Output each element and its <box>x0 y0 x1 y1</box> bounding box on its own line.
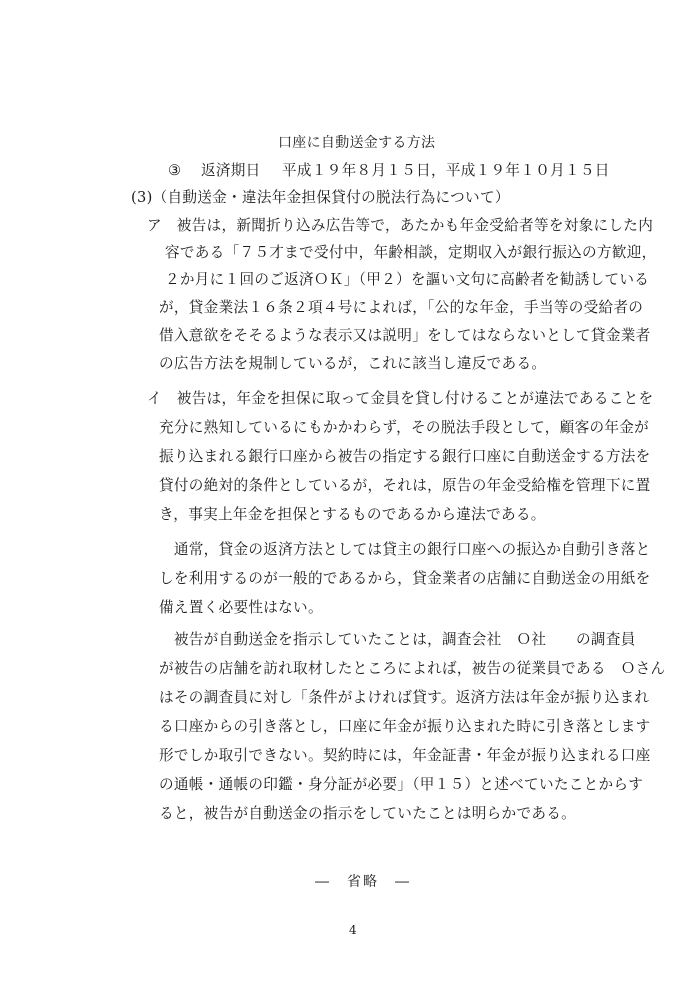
paragraph-evidence-line: る口座からの引き落とし，口座に年金が振り込まれた時に引き落とします <box>159 717 651 737</box>
paragraph-normal-line: しを利用するのが一般的であるから，貸金業者の店舗に自動送金の用紙を <box>159 569 651 589</box>
paragraph-a-line: の広告方法を規制しているが，これに該当し違反である。 <box>159 354 546 374</box>
paragraph-evidence-line: はその調査員に対し「条件がよければ貸す。返済方法は年金が振り込まれ <box>159 688 649 708</box>
paragraph-evidence-line: 形でしか取引できない。契約時には，年金証書・年金が振り込まれる口座 <box>159 746 651 766</box>
paragraph-evidence-line: 被告が自動送金を指示していたことは，調査会社 Ｏ社 の調査員 <box>159 630 636 650</box>
paragraph-normal-line: 通常，貸金の返済方法としては貸主の銀行口座への振込か自動引き落と <box>159 540 651 560</box>
paragraph-normal-line: 備え置く必要性はない。 <box>159 598 323 618</box>
section-heading: (3)（自動送金・違法年金担保貸付の脱法行為について） <box>131 188 510 208</box>
paragraph-i-line: 貸付の絶対的条件としているが，それは，原告の年金受給権を管理下に置 <box>159 476 651 496</box>
item3-label: 返済期日 <box>201 161 261 181</box>
paragraph-a-line: が，貸金業法１６条２項４号によれば，「公的な年金，手当等の受給者の <box>159 298 643 318</box>
paragraph-evidence-line: ると，被告が自動送金の指示をしていたことは明らかである。 <box>159 804 576 824</box>
item3-value: 平成１９年８月１５日，平成１９年１０月１５日 <box>282 161 610 181</box>
omission-marker: ― 省略 ― <box>315 872 411 892</box>
paragraph-a-line: ２か月に１回のご返済ＯＫ」（甲２）を謳い文句に高齢者を勧誘している <box>165 270 649 290</box>
paragraph-i-line: イ 被告は，年金を担保に取って金員を貸し付けることが違法であることを <box>147 389 653 409</box>
paragraph-evidence-line: の通帳・通帳の印鑑・身分証が必要」（甲１５）と述べていたことからす <box>159 775 643 795</box>
page-number: 4 <box>349 920 357 940</box>
paragraph-i-line: 充分に熟知しているにもかかわらず，その脱法手段として，顧客の年金が <box>159 418 649 438</box>
document-page: 口座に自動送金する方法 ③ 返済期日 平成１９年８月１５日，平成１９年１０月１５… <box>0 0 700 987</box>
paragraph-i-line: き，事実上年金を担保とするものであるから違法である。 <box>159 505 546 525</box>
paragraph-a-line: ア 被告は，新聞折り込み広告等で，あたかも年金受給者等を対象にした内 <box>147 216 653 236</box>
paragraph-a-line: 容である「７５才まで受付中，年齢相談，定期収入が銀行振込の方歓迎， <box>165 243 657 263</box>
item3-marker: ③ <box>168 161 181 181</box>
document-title: 口座に自動送金する方法 <box>278 133 435 153</box>
paragraph-evidence-line: が被告の店舗を訪れ取材したところによれば，被告の従業員である Ｏさん <box>159 659 665 679</box>
paragraph-i-line: 振り込まれる銀行口座から被告の指定する銀行口座に自動送金する方法を <box>159 447 651 467</box>
paragraph-a-line: 借入意欲をそそるような表示又は説明」をしてはならないとして貸金業者 <box>159 326 651 346</box>
